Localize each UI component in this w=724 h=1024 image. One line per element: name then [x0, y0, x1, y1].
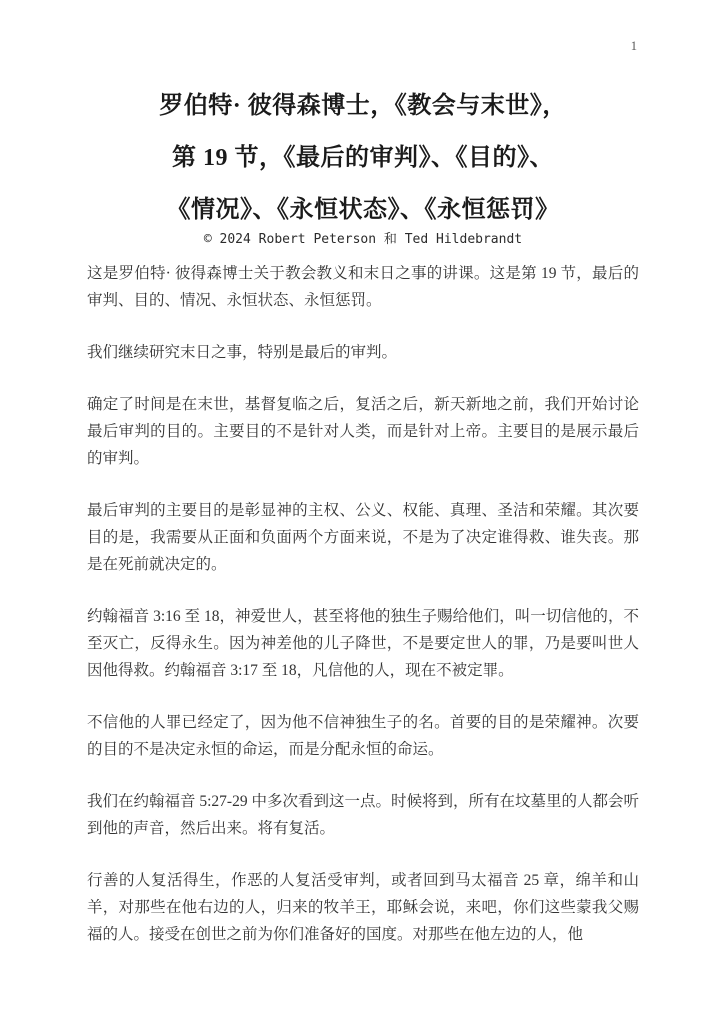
document-title: 罗伯特· 彼得森博士，《教会与末世》， 第 19 节，《最后的审判》、《目的》、… [87, 80, 639, 236]
title-line-1: 罗伯特· 彼得森博士，《教会与末世》， [87, 80, 639, 132]
paragraph-matthew-25: 行善的人复活得生，作恶的人复活受审判，或者回到马太福音 25 章，绵羊和山羊，对… [87, 867, 639, 948]
document-page: 1 罗伯特· 彼得森博士，《教会与末世》， 第 19 节，《最后的审判》、《目的… [0, 0, 724, 1024]
document-content: 罗伯特· 彼得森博士，《教会与末世》， 第 19 节，《最后的审判》、《目的》、… [0, 0, 724, 948]
paragraph-continue-study: 我们继续研究末日之事，特别是最后的审判。 [87, 339, 639, 366]
paragraph-unbelievers-condemned: 不信他的人罪已经定了，因为他不信神独生子的名。首要的目的是荣耀神。次要的目的不是… [87, 709, 639, 763]
paragraph-intro: 这是罗伯特· 彼得森博士关于教会教义和末日之事的讲课。这是第 19 节，最后的审… [87, 260, 639, 314]
title-line-2: 第 19 节，《最后的审判》、《目的》、 [87, 132, 639, 184]
paragraph-primary-purpose: 最后审判的主要目的是彰显神的主权、公义、权能、真理、圣洁和荣耀。其次要目的是，我… [87, 497, 639, 578]
paragraph-john-3-16: 约翰福音 3:16 至 18，神爱世人，甚至将他的独生子赐给他们，叫一切信他的，… [87, 603, 639, 684]
document-body: 这是罗伯特· 彼得森博士关于教会教义和末日之事的讲课。这是第 19 节，最后的审… [87, 260, 639, 948]
paragraph-john-5-27-29: 我们在约翰福音 5:27-29 中多次看到这一点。时候将到，所有在坟墓里的人都会… [87, 788, 639, 842]
paragraph-timing-purpose: 确定了时间是在末世，基督复临之后，复活之后，新天新地之前，我们开始讨论最后审判的… [87, 391, 639, 472]
page-number: 1 [631, 38, 637, 54]
title-line-3: 《情况》、《永恒状态》、《永恒惩罚》 [87, 184, 639, 236]
